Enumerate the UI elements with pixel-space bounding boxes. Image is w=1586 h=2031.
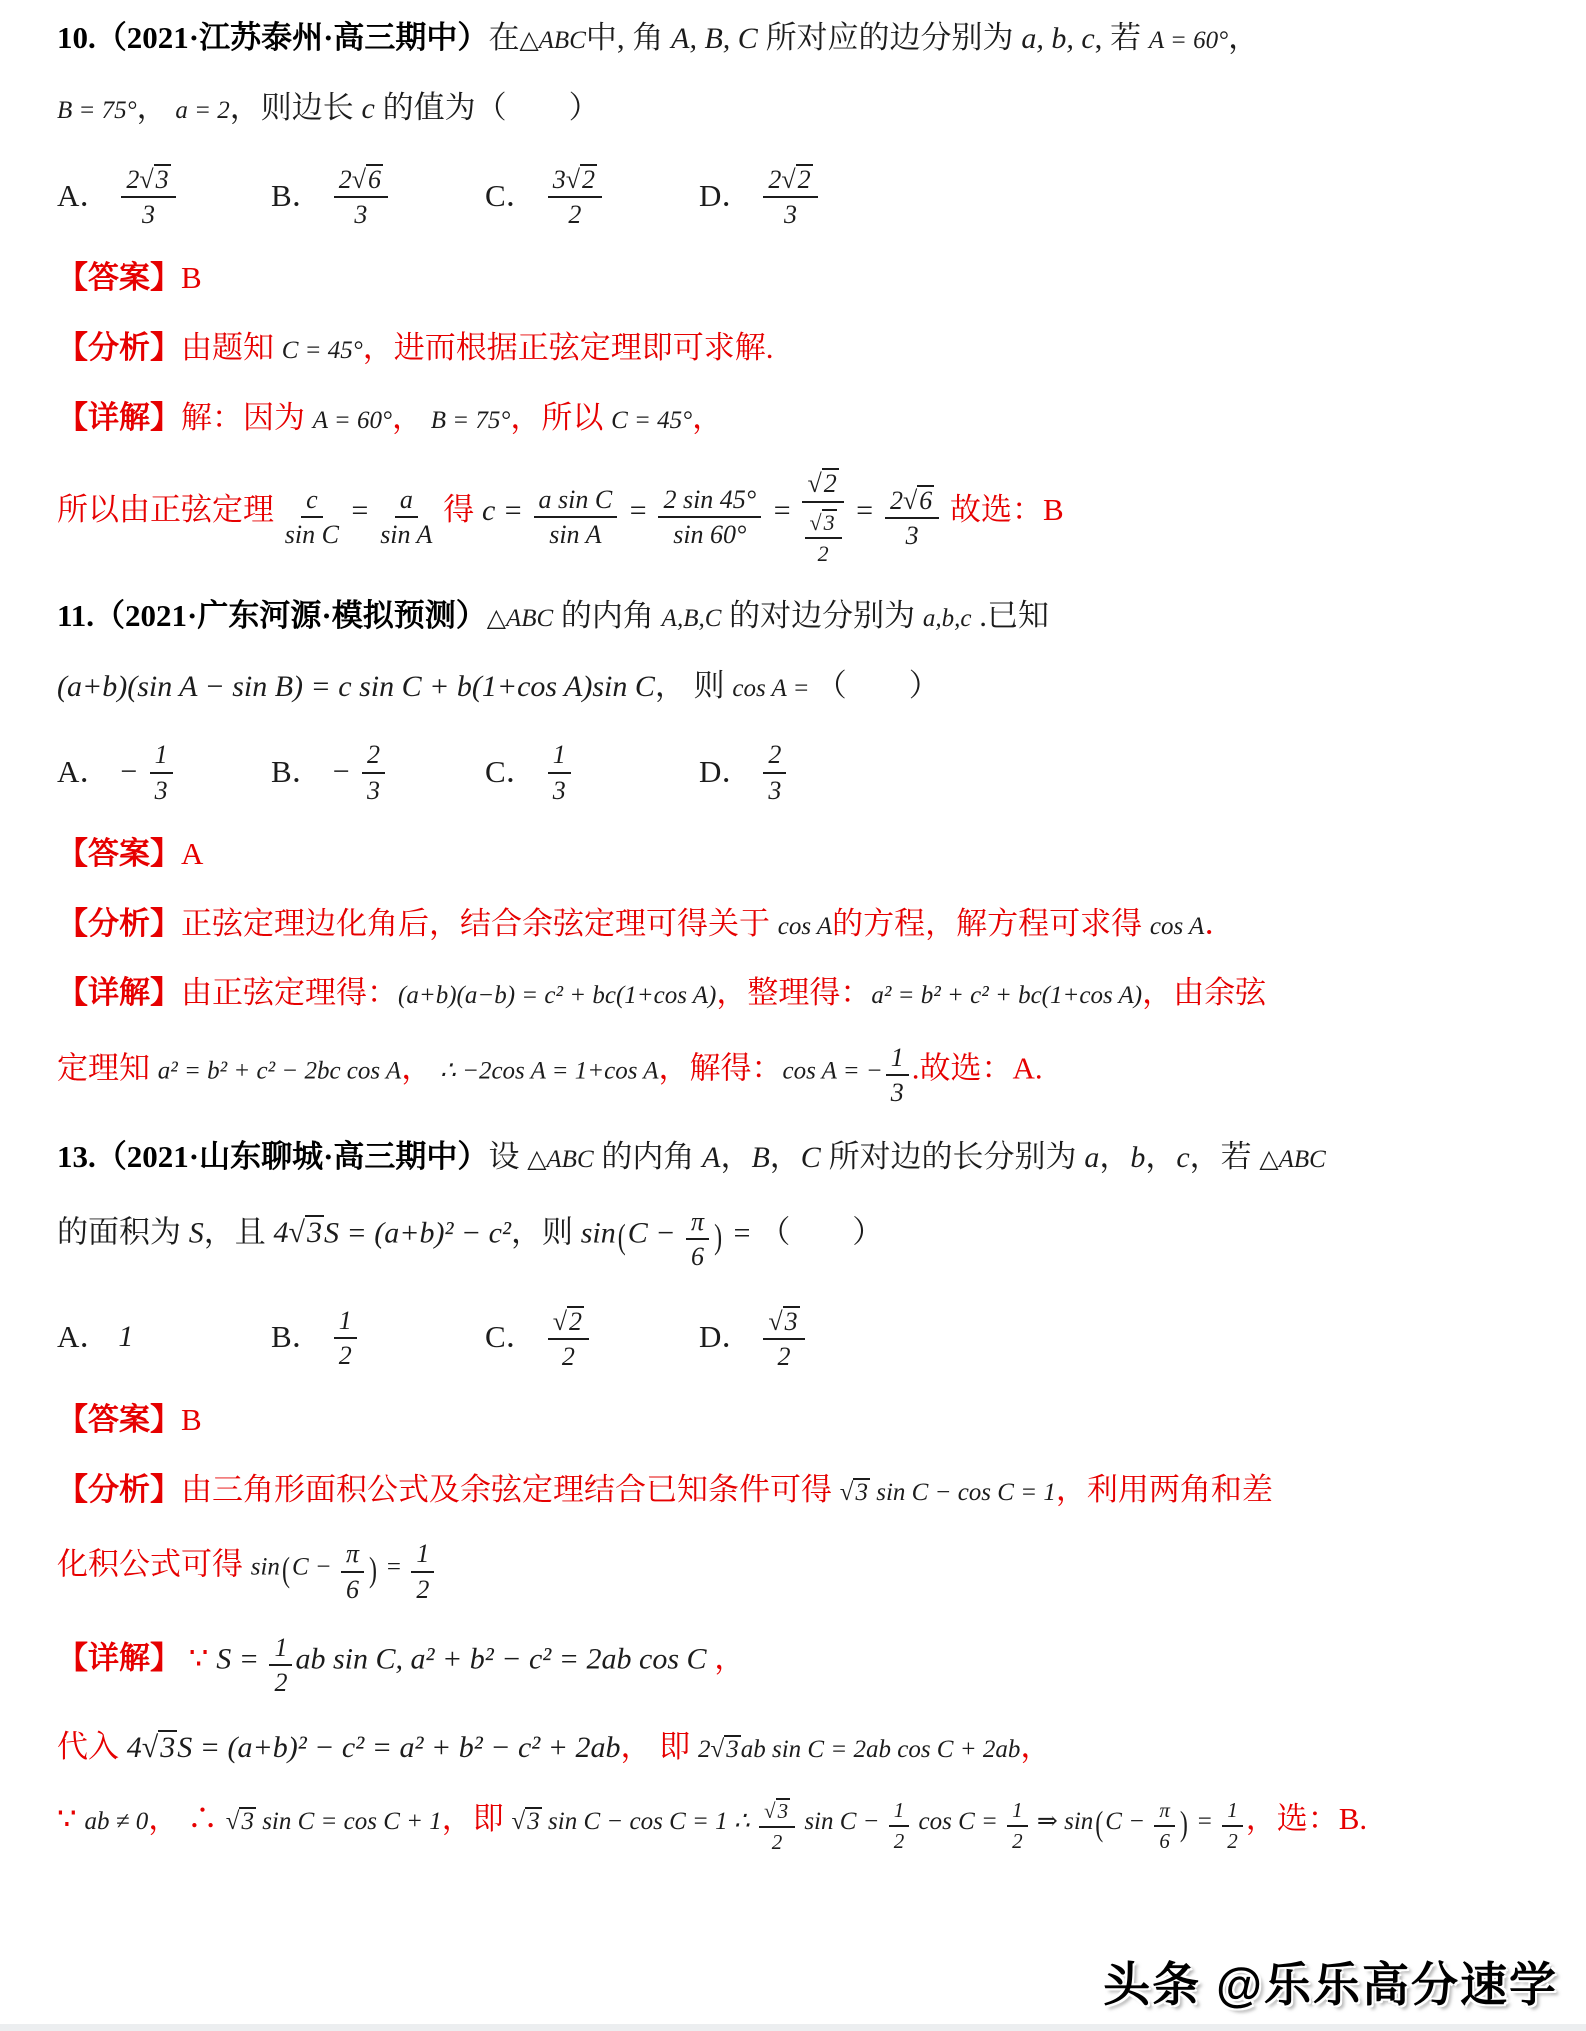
fraction: 12 <box>1007 1798 1028 1853</box>
fraction-denominator: 2 <box>778 1340 791 1370</box>
big-paren: ) <box>1178 1803 1190 1848</box>
text-run: D． <box>699 752 752 792</box>
math-run: 3 <box>768 776 781 805</box>
fraction-denominator: 6 <box>1159 1827 1170 1853</box>
math-run: 1 <box>1012 1798 1023 1822</box>
text-run: 所以由正弦定理 <box>57 493 282 528</box>
text-run: 13.（2021·山东聊城·高三期中） <box>57 1139 488 1174</box>
math-run: 3 <box>906 521 919 550</box>
fraction-numerator: √2 <box>548 1305 589 1340</box>
fraction: 12 <box>889 1798 910 1853</box>
fraction-denominator: sin A <box>380 518 432 548</box>
fraction-numerator: √3 <box>763 1305 804 1340</box>
math-run: C = 45° <box>611 407 692 434</box>
fraction: 12 <box>1222 1798 1243 1853</box>
text-run: B <box>181 1402 202 1437</box>
text-run: （ ） <box>816 668 940 703</box>
radical-sign: √ <box>352 165 366 194</box>
text-run: C． <box>485 1317 537 1357</box>
fraction: π6 <box>686 1207 709 1271</box>
fraction: 2√63 <box>334 163 388 229</box>
math-run: C = 45° <box>282 337 363 364</box>
math-run: 6 <box>691 1242 704 1271</box>
math-run: 1 <box>274 1633 287 1662</box>
sqrt-radicand: 2 <box>822 468 839 497</box>
fraction: 23 <box>763 740 786 804</box>
document-line: 的面积为 S，且 4√3S = (a+b)² − c²，则 sin(C − π6… <box>57 1207 1546 1271</box>
math-run: 4 <box>274 1216 289 1249</box>
text-run: ，整理得： <box>716 975 871 1010</box>
text-run: ， <box>1099 1139 1130 1174</box>
math-run: A = 60° <box>313 407 392 434</box>
fraction-denominator: 2 <box>894 1827 905 1853</box>
text-run: 由正弦定理得： <box>181 975 398 1010</box>
text-run: 由三角形面积公式及余弦定理结合已知条件可得 <box>181 1472 840 1507</box>
math-run: A <box>702 1141 720 1174</box>
fraction: 2√33 <box>121 163 175 229</box>
option: B．−23 <box>271 740 485 804</box>
option: A．2√33 <box>57 163 271 229</box>
fraction: √22 <box>548 1305 589 1371</box>
math-run: = <box>1190 1808 1219 1835</box>
math-run: 6 <box>346 1575 359 1604</box>
options-row: A．1B．12C．√22D．√32 <box>57 1305 1546 1371</box>
sqrt-radicand: 3 <box>158 1730 177 1764</box>
math-run: B <box>751 1141 769 1174</box>
text-run: 【答案】 <box>57 260 181 295</box>
big-paren: ( <box>280 1549 292 1594</box>
radical-sign: √ <box>512 1808 526 1835</box>
math-run: c <box>1176 1141 1189 1174</box>
radical-sign: √ <box>781 165 795 194</box>
math-run: (a+b)(sin A − sin B) = c sin C + b(1+cos… <box>57 670 655 703</box>
math-run: − <box>331 753 351 791</box>
math-run: 1 <box>339 1306 352 1335</box>
math-run: a = 2 <box>175 97 229 124</box>
sqrt-radicand: 6 <box>917 485 934 514</box>
math-run: 1 <box>553 740 566 769</box>
text-run: D． <box>699 176 752 216</box>
text-run: 得 <box>435 493 482 528</box>
math-run: = <box>342 495 377 528</box>
text-run: B． <box>271 176 323 216</box>
fraction-denominator: 2 <box>1012 1827 1023 1853</box>
math-run: S <box>189 1216 204 1249</box>
fraction: 2√23 <box>763 163 817 229</box>
text-run: ，利用两角和差 <box>1056 1472 1273 1507</box>
fraction: asin A <box>380 485 432 549</box>
math-run: 1 <box>118 1318 133 1356</box>
math-run: = <box>724 1216 759 1249</box>
sqrt-radicand: 2 <box>567 1306 584 1335</box>
math-run: cos A <box>1150 913 1204 940</box>
math-run: 2 <box>1012 1829 1023 1853</box>
text-run: ， <box>137 90 176 125</box>
document-line: 【分析】正弦定理边化角后，结合余弦定理可得关于 cos A的方程，解方程可求得 … <box>57 904 1546 944</box>
fraction-numerator: 1 <box>548 740 571 773</box>
math-run: π <box>691 1207 704 1236</box>
sqrt-radicand: 3 <box>239 1807 256 1835</box>
math-run: sin <box>251 1554 280 1581</box>
sqrt-expression: √3 <box>810 509 837 535</box>
math-run: 1 <box>1227 1798 1238 1822</box>
fraction-numerator: 2 <box>362 740 385 773</box>
document-line: 【详解】 ∵ S = 12ab sin C, a² + b² − c² = 2a… <box>57 1633 1546 1697</box>
math-run: (a+b)(a−b) = c² + bc(1+cos A) <box>398 982 716 1009</box>
sqrt-expression: √3 <box>840 1477 870 1509</box>
text-run: , 若 <box>1095 20 1149 55</box>
option: D．23 <box>699 740 789 804</box>
text-run: 定理知 <box>57 1050 158 1085</box>
math-run: sin A <box>380 520 432 549</box>
text-run: 【分析】 <box>57 906 181 941</box>
radical-sign: √ <box>768 1307 782 1336</box>
question-13-block: 13.（2021·山东聊城·高三期中）设 △ABC 的内角 A，B，C 所对边的… <box>57 1137 1546 1854</box>
fraction-numerator: 2 sin 45° <box>658 485 761 518</box>
math-run: π <box>1159 1798 1170 1822</box>
fraction-denominator: 2 <box>339 1339 352 1369</box>
text-run: A． <box>57 752 110 792</box>
fraction: 13 <box>886 1043 909 1107</box>
option: C．√22 <box>485 1305 699 1371</box>
math-run: ⇒ sin <box>1031 1808 1094 1835</box>
math-run: △ABC <box>1259 1146 1325 1173</box>
math-run: sin C <box>285 520 339 549</box>
fraction: 12 <box>411 1539 434 1603</box>
radical-sign: √ <box>566 165 580 194</box>
fraction-denominator: 3 <box>155 774 168 804</box>
fraction-denominator: 2 <box>274 1666 287 1696</box>
text-run: B <box>181 260 202 295</box>
text-run: 所对边的长分别为 <box>821 1139 1085 1174</box>
sqrt-expression: √3 <box>226 1806 256 1838</box>
math-run: = <box>379 1554 408 1581</box>
math-run: sin C − cos C = 1 <box>870 1479 1056 1506</box>
option: D．2√23 <box>699 163 821 229</box>
math-run: 1 <box>894 1798 905 1822</box>
fraction-denominator: 2 <box>772 1828 783 1854</box>
math-run: △ABC <box>519 27 585 54</box>
fraction-denominator: 2 <box>568 198 581 228</box>
sqrt-radicand: 3 <box>724 1735 741 1763</box>
fraction-numerator: 1 <box>411 1539 434 1572</box>
math-run: cos A = <box>732 675 815 702</box>
sqrt-radicand: 3 <box>783 1306 800 1335</box>
sqrt-expression: 2√3 <box>126 164 170 193</box>
math-run: 2 <box>894 1829 905 1853</box>
fraction-numerator: √2 <box>802 467 843 502</box>
math-run: A,B,C <box>662 605 722 632</box>
fraction: a sin Csin A <box>534 485 618 549</box>
document-line: 【详解】由正弦定理得：(a+b)(a−b) = c² + bc(1+cos A)… <box>57 973 1546 1013</box>
math-run: 2 <box>367 740 380 769</box>
radical-sign: √ <box>903 486 917 515</box>
document-line: 【分析】由题知 C = 45°，进而根据正弦定理即可求解. <box>57 328 1546 368</box>
fraction-denominator: √32 <box>805 503 842 567</box>
text-run: 的内角 <box>553 598 662 633</box>
option: B．12 <box>271 1306 485 1370</box>
text-run: 的方程，解方程可求得 <box>832 906 1150 941</box>
math-run: 2 <box>416 1575 429 1604</box>
text-run: 在 <box>488 20 519 55</box>
math-run: 3 <box>155 776 168 805</box>
text-run: ，由余弦 <box>1142 975 1266 1010</box>
text-run: .已知 <box>972 598 1050 633</box>
math-run: = <box>847 495 882 528</box>
option: B．2√63 <box>271 163 485 229</box>
radical-sign: √ <box>810 510 822 535</box>
sqrt-expression: 2√6 <box>339 164 383 193</box>
document-line: 【详解】解：因为 A = 60°， B = 75°，所以 C = 45°， <box>57 398 1546 438</box>
fraction-numerator: 1 <box>889 1798 910 1827</box>
text-run: 【详解】 <box>57 975 181 1010</box>
question-11-block: 11.（2021·广东河源·模拟预测）△ABC 的内角 A,B,C 的对边分别为… <box>57 596 1546 1106</box>
sqrt-radicand: 3 <box>305 1215 324 1249</box>
math-run: 3 <box>553 776 566 805</box>
fraction-numerator: 1 <box>1007 1798 1028 1827</box>
option: D．√32 <box>699 1305 808 1371</box>
math-run: 2 <box>1227 1829 1238 1853</box>
math-run: a² = b² + c² − 2bc cos A <box>158 1057 401 1084</box>
text-run: ， <box>720 1139 751 1174</box>
fraction-numerator: a sin C <box>534 485 618 518</box>
big-paren: ( <box>1093 1803 1105 1848</box>
fraction: √2√32 <box>802 467 843 566</box>
math-run: 4 <box>127 1731 142 1764</box>
fraction-numerator: 1 <box>886 1043 909 1076</box>
fraction-numerator: 2√6 <box>885 484 939 519</box>
math-run: B = 75° <box>57 97 137 124</box>
fraction-numerator: π <box>341 1539 364 1572</box>
math-run: C − <box>1105 1808 1151 1835</box>
text-run: 【分析】 <box>57 1472 181 1507</box>
document-line: 化积公式可得 sin(C − π6) = 12 <box>57 1539 1546 1603</box>
math-run: 2 <box>772 1830 783 1854</box>
text-run: ， <box>707 1641 746 1676</box>
options-row: A．−13B．−23C．13D．23 <box>57 740 1546 804</box>
math-run: S = (a+b)² − c² = a² + b² − c² + 2ab <box>177 1731 620 1764</box>
text-run: A． <box>57 1317 110 1357</box>
text-run: ， <box>1228 20 1259 55</box>
big-paren: ) <box>712 1216 724 1261</box>
text-run: A <box>181 836 203 871</box>
big-paren: ( <box>616 1216 628 1261</box>
math-run: cos A = − <box>783 1057 883 1084</box>
math-run: 2 <box>339 1341 352 1370</box>
text-run: 11.（2021·广东河源·模拟预测） <box>57 598 487 633</box>
fraction-denominator: sin C <box>285 518 339 548</box>
fraction-numerator: 2√2 <box>763 163 817 198</box>
document-line: ∵ ab ≠ 0， ∴ √3 sin C = cos C + 1，即 √3 si… <box>57 1797 1546 1854</box>
math-run: 3 <box>354 200 367 229</box>
fraction-denominator: 2 <box>562 1340 575 1370</box>
text-run: ，则边长 <box>230 90 362 125</box>
fraction-denominator: 3 <box>784 198 797 228</box>
fraction-numerator: 2√6 <box>334 163 388 198</box>
text-run: ， <box>392 400 431 435</box>
math-run: sin C − <box>798 1808 886 1835</box>
math-run: sin C = cos C + 1 <box>256 1808 442 1835</box>
fraction-numerator: 1 <box>150 740 173 773</box>
math-run: a <box>1084 1141 1099 1174</box>
text-run: ，选：B. <box>1246 1801 1367 1836</box>
sqrt-radicand: 2 <box>580 164 597 193</box>
text-run: 故选：B <box>942 493 1063 528</box>
document-line: B = 75°， a = 2，则边长 c 的值为（ ） <box>57 88 1546 128</box>
text-run: 【答案】 <box>57 836 181 871</box>
text-run: 解：因为 <box>181 400 313 435</box>
fraction-denominator: 2 <box>1227 1827 1238 1853</box>
document-line: 所以由正弦定理 csin C = asin A 得 c = a sin Csin… <box>57 467 1546 566</box>
option: A．1 <box>57 1317 271 1357</box>
fraction-denominator: 6 <box>691 1240 704 1270</box>
text-run: D． <box>699 1317 752 1357</box>
math-run: 2 <box>818 541 829 566</box>
fraction-numerator: 3√2 <box>548 163 602 198</box>
option: C．3√22 <box>485 163 699 229</box>
text-run: C． <box>485 752 537 792</box>
text-run: 代入 <box>57 1729 127 1764</box>
fraction: √32 <box>763 1305 804 1371</box>
math-run: 3 <box>367 776 380 805</box>
fraction: 12 <box>269 1633 292 1697</box>
text-run: ，且 <box>204 1214 274 1249</box>
fraction-numerator: 2√3 <box>121 163 175 198</box>
fraction-denominator: 3 <box>906 519 919 549</box>
math-run: cos C = <box>912 1808 1004 1835</box>
sqrt-radicand: 3 <box>154 164 171 193</box>
math-run: 2 <box>698 1736 711 1763</box>
math-run: b <box>1130 1141 1145 1174</box>
math-run: 2 <box>339 165 352 194</box>
math-run: c <box>306 485 318 514</box>
sqrt-expression: 2√3 <box>698 1734 741 1766</box>
math-run: a,b,c <box>923 605 972 632</box>
fraction-denominator: 6 <box>346 1573 359 1603</box>
sqrt-radicand: 6 <box>366 164 383 193</box>
math-run: cos A <box>778 913 832 940</box>
sqrt-expression: √3 <box>764 1798 790 1823</box>
text-run: 的内角 <box>594 1139 703 1174</box>
text-run: 正弦定理边化角后，结合余弦定理可得关于 <box>181 906 778 941</box>
math-run: C − <box>292 1554 338 1581</box>
text-run: ∵ <box>181 1641 216 1676</box>
text-run: （ ） <box>759 1214 883 1249</box>
fraction: 23 <box>362 740 385 804</box>
math-run: a² = b² + c² + bc(1+cos A) <box>871 982 1142 1009</box>
fraction: 12 <box>334 1306 357 1370</box>
math-run: A, B, C <box>671 22 758 55</box>
math-run: 1 <box>155 740 168 769</box>
radical-sign: √ <box>553 1307 567 1336</box>
text-run: A． <box>57 176 110 216</box>
sqrt-expression: √2 <box>553 1306 584 1335</box>
text-run: 【详解】 <box>57 400 181 435</box>
math-run: sin 60° <box>673 520 746 549</box>
fraction: 13 <box>548 740 571 804</box>
fraction-denominator: 2 <box>818 539 829 566</box>
text-run: 的面积为 <box>57 1214 189 1249</box>
watermark: 头条 @乐乐高分速学 <box>1103 1948 1558 2015</box>
text-run: 化积公式可得 <box>57 1547 251 1582</box>
fraction-denominator: 3 <box>553 774 566 804</box>
text-run: 所对应的边分别为 <box>758 20 1022 55</box>
math-run: ab sin C, a² + b² − c² = 2ab cos C <box>295 1643 706 1676</box>
document-line: (a+b)(sin A − sin B) = c sin C + b(1+cos… <box>57 666 1546 706</box>
fraction: √32 <box>805 508 842 567</box>
math-run: 1 <box>891 1043 904 1072</box>
math-run: sin A <box>549 520 601 549</box>
fraction: π6 <box>1154 1798 1175 1853</box>
sqrt-expression: 2√6 <box>890 485 934 514</box>
text-run: ∴ <box>187 1801 226 1836</box>
radical-sign: √ <box>142 1731 158 1764</box>
math-run: 2 <box>562 1342 575 1371</box>
fraction: 3√22 <box>548 163 602 229</box>
math-run: 2 <box>890 486 903 515</box>
fraction: 13 <box>150 740 173 804</box>
text-run: ， <box>401 1050 440 1085</box>
fraction: csin C <box>285 485 339 549</box>
text-run: ， 即 <box>621 1729 699 1764</box>
fraction-denominator: sin A <box>549 518 601 548</box>
sqrt-radicand: 3 <box>853 1478 870 1506</box>
text-run: ， <box>1145 1139 1176 1174</box>
text-run: B． <box>271 1317 323 1357</box>
math-run: 3 <box>142 200 155 229</box>
fraction-numerator: π <box>1154 1798 1175 1827</box>
text-run: ，即 <box>442 1801 512 1836</box>
radical-sign: √ <box>711 1736 725 1763</box>
fraction: √32 <box>759 1797 795 1854</box>
sqrt-expression: 4√3 <box>127 1729 177 1767</box>
fraction-numerator: 1 <box>1222 1798 1243 1827</box>
document-line: 【答案】B <box>57 258 1546 298</box>
question-10-block: 10.（2021·江苏泰州·高三期中）在△ABC中, 角 A, B, C 所对应… <box>57 18 1546 566</box>
radical-sign: √ <box>807 469 821 498</box>
sqrt-expression: 3√2 <box>553 164 597 193</box>
sqrt-radicand: 3 <box>822 509 837 534</box>
math-run: 2 <box>778 1342 791 1371</box>
sqrt-expression: 4√3 <box>274 1214 324 1252</box>
text-run: 的值为（ ） <box>375 90 600 125</box>
text-run: 【详解】 <box>57 1641 181 1676</box>
fraction-denominator: 3 <box>768 774 781 804</box>
fraction-denominator: 3 <box>367 774 380 804</box>
math-run: 2 <box>768 740 781 769</box>
document-line: 10.（2021·江苏泰州·高三期中）在△ABC中, 角 A, B, C 所对应… <box>57 18 1546 58</box>
math-run: 6 <box>1159 1829 1170 1853</box>
math-run: sin <box>581 1216 616 1249</box>
document-line: 【分析】由三角形面积公式及余弦定理结合已知条件可得 √3 sin C − cos… <box>57 1470 1546 1510</box>
math-run: △ABC <box>527 1146 593 1173</box>
fraction-numerator: 1 <box>334 1306 357 1339</box>
document-line: 13.（2021·山东聊城·高三期中）设 △ABC 的内角 A，B，C 所对边的… <box>57 1137 1546 1177</box>
math-run: 3 <box>784 200 797 229</box>
text-run: ，解得： <box>659 1050 783 1085</box>
fraction-numerator: 1 <box>269 1633 292 1666</box>
fraction: π6 <box>341 1539 364 1603</box>
math-run: − <box>118 753 138 791</box>
text-run: ， <box>148 1801 187 1836</box>
sqrt-expression: √2 <box>807 468 838 497</box>
radical-sign: √ <box>840 1479 854 1506</box>
math-run: 2 <box>568 200 581 229</box>
radical-sign: √ <box>226 1808 240 1835</box>
text-run: 的对边分别为 <box>721 598 923 633</box>
radical-sign: √ <box>139 165 153 194</box>
fraction-denominator: sin 60° <box>673 518 746 548</box>
